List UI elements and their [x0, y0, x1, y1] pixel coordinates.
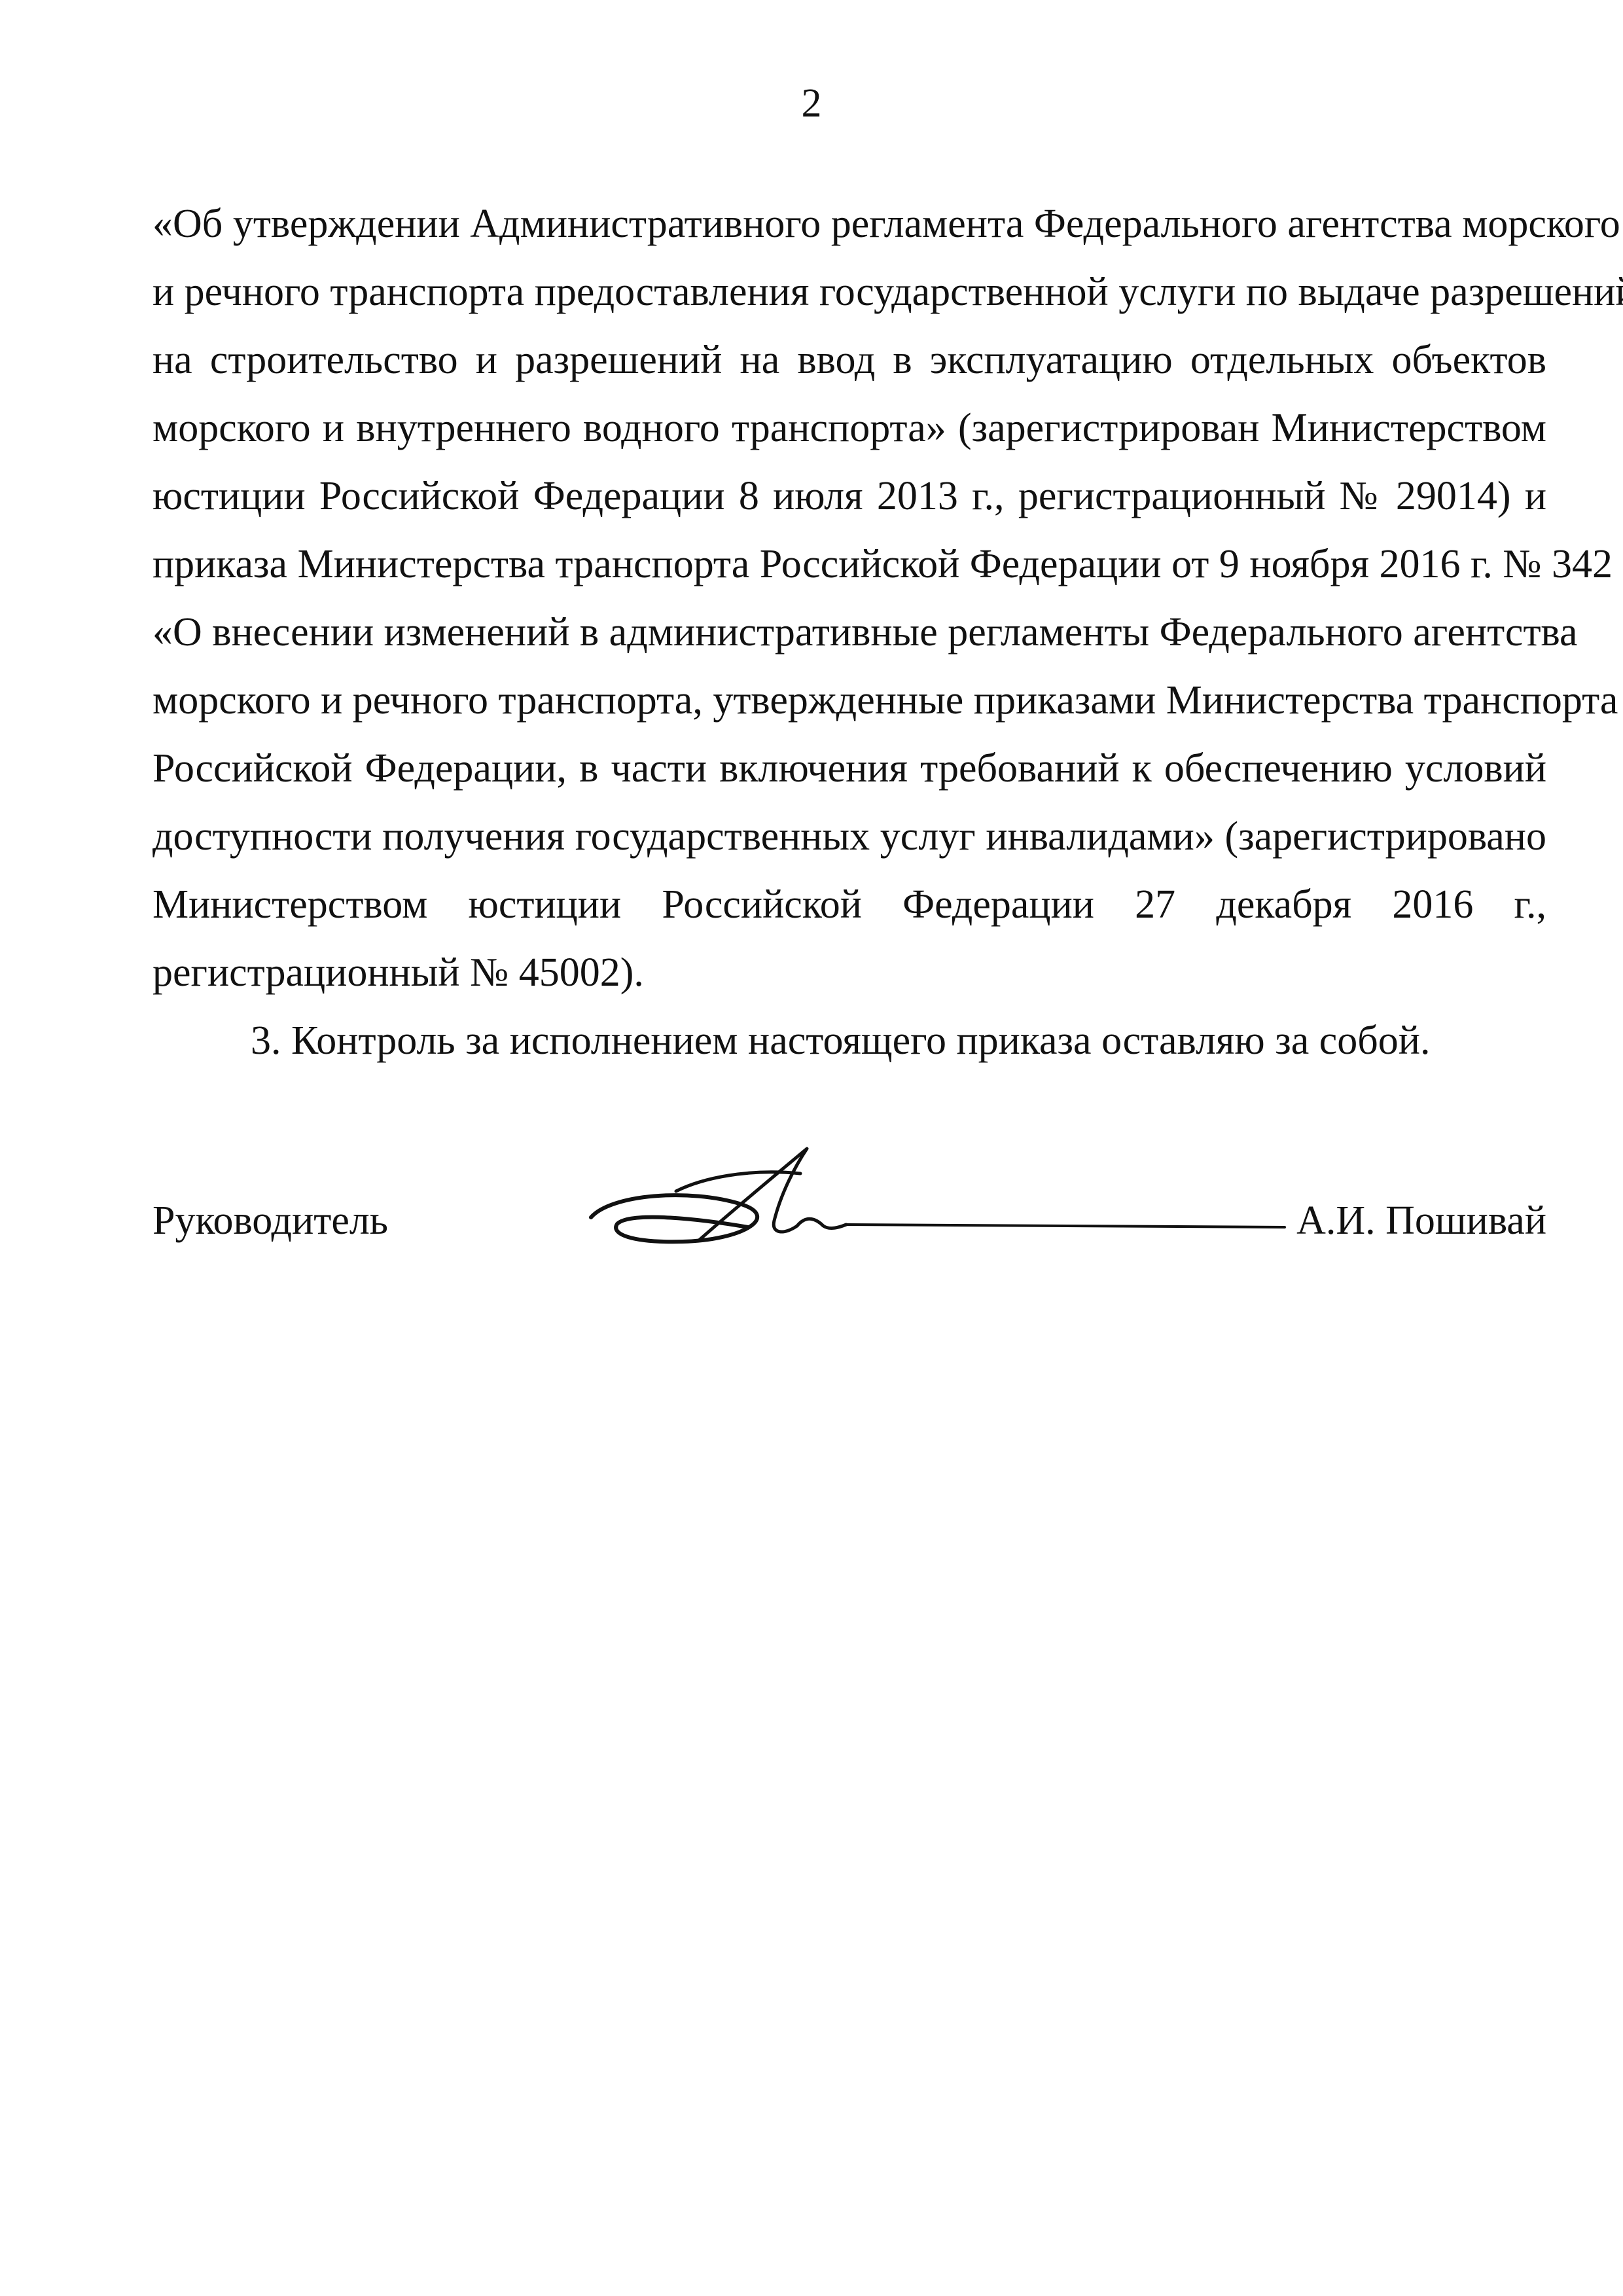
text-line: морского и внутреннего водного транспорт…	[152, 394, 1546, 462]
text-line: юстиции Российской Федерации 8 июля 2013…	[152, 462, 1546, 530]
text-line: морского и речного транспорта, утвержден…	[152, 666, 1546, 734]
text-line: Министерством юстиции Российской Федерац…	[152, 870, 1546, 939]
signatory-name: А.И. Пошивай	[1296, 1194, 1546, 1247]
handwritten-signature-icon	[571, 1142, 1291, 1273]
text-line: доступности получения государственных ус…	[152, 802, 1546, 870]
signature-block: Руководитель А.И. Пошивай	[152, 1142, 1546, 1273]
page-number: 2	[0, 77, 1623, 130]
text-line: на строительство и разрешений на ввод в …	[152, 326, 1546, 394]
text-line: и речного транспорта предоставления госу…	[152, 258, 1546, 326]
text-line: «О внесении изменений в административные…	[152, 598, 1546, 666]
text-line: 3. Контроль за исполнением настоящего пр…	[251, 1007, 1546, 1075]
document-body: «Об утверждении Административного реглам…	[152, 190, 1546, 1075]
signatory-role: Руководитель	[152, 1194, 388, 1247]
paragraph-references: «Об утверждении Административного реглам…	[152, 190, 1546, 1007]
paragraph-control-clause: 3. Контроль за исполнением настоящего пр…	[152, 1007, 1546, 1075]
text-line: приказа Министерства транспорта Российск…	[152, 530, 1546, 598]
text-line: «Об утверждении Административного реглам…	[152, 190, 1546, 258]
text-line: Российской Федерации, в части включения …	[152, 734, 1546, 802]
text-line: регистрационный № 45002).	[152, 939, 1546, 1007]
